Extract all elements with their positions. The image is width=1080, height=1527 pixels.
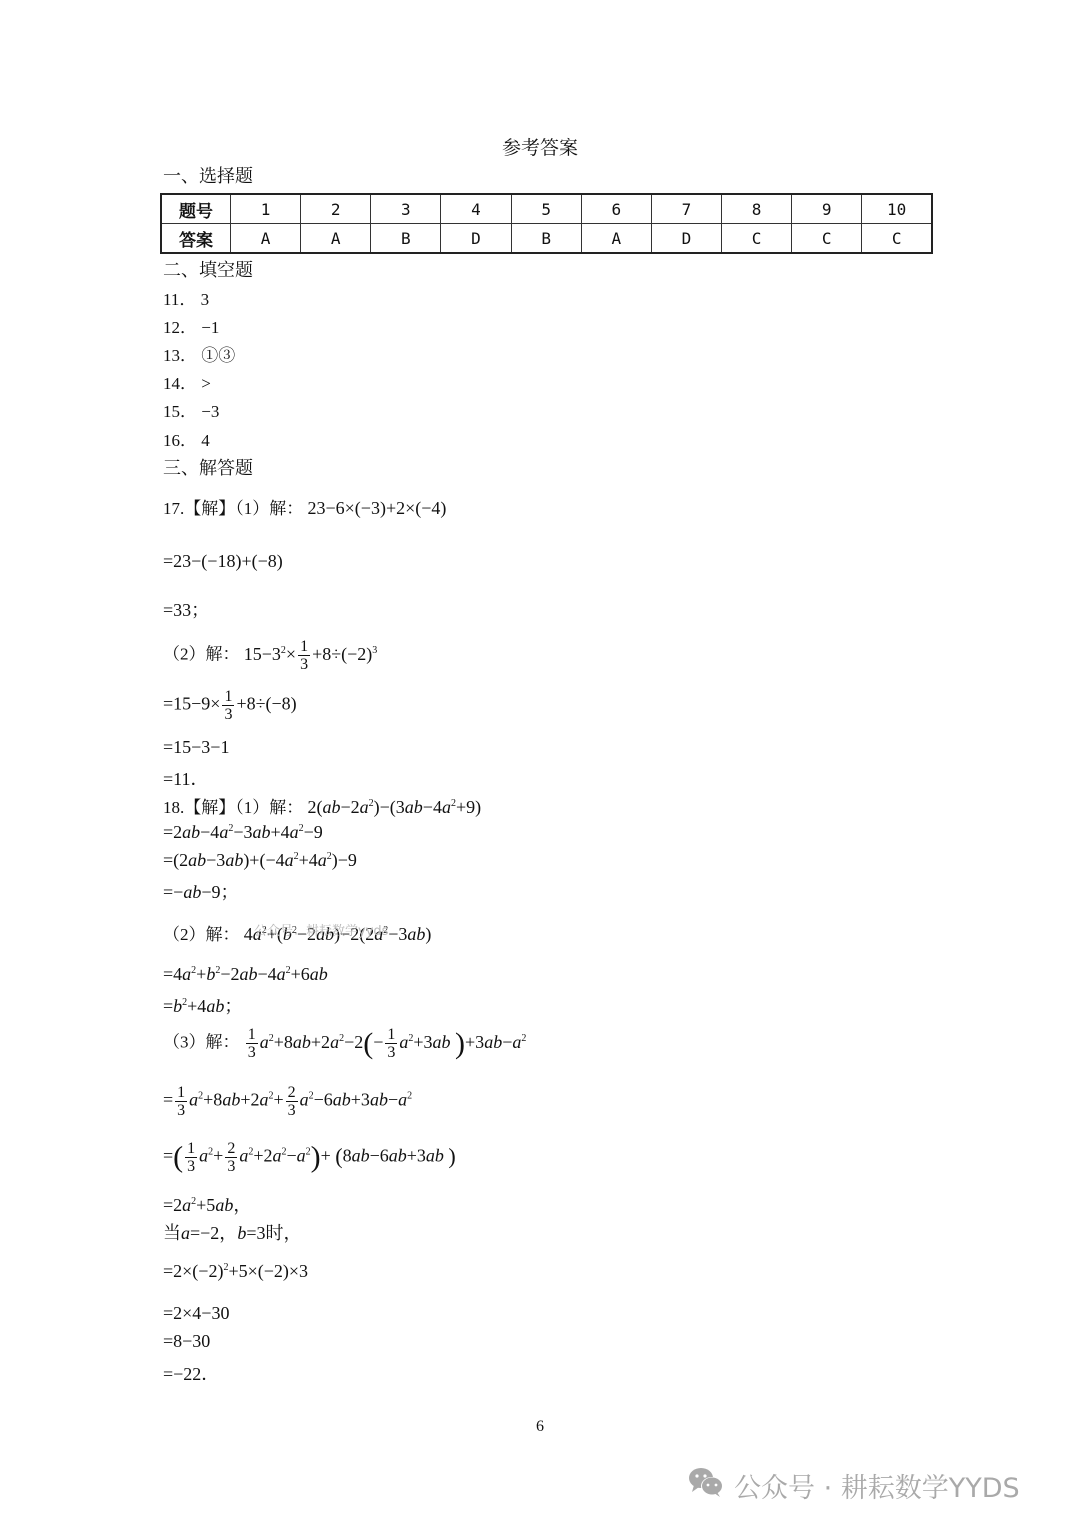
item-answer: 4 xyxy=(201,431,210,450)
item-number: 15． xyxy=(163,402,197,421)
table-cell: 4 xyxy=(441,194,511,224)
table-row-numbers: 题号 1 2 3 4 5 6 7 8 9 10 xyxy=(161,194,932,224)
fill-answer-12: 12． −1 xyxy=(163,313,219,338)
item-number: 13． xyxy=(163,346,197,365)
item-answer: 3 xyxy=(201,290,210,309)
q17-p2-step2: =15−3−1 xyxy=(163,737,229,758)
fill-answer-16: 16． 4 xyxy=(163,426,210,451)
table-cell: 3 xyxy=(371,194,441,224)
q18-part3: （3）解： 13a2+8ab+2a2−2(−13a2+3ab )+3ab−a2 xyxy=(163,1026,526,1061)
q17-p2-label: （2）解： xyxy=(163,645,240,664)
section-fill-heading: 二、填空题 xyxy=(163,256,253,282)
q18-p2-result: =b2+4ab； xyxy=(163,992,242,1018)
table-cell: A xyxy=(301,224,371,254)
q18-part1: 18.【解】（1）解： 2(ab−2a2)−(3ab−4a2+9) xyxy=(163,793,481,818)
fill-answer-11: 11． 3 xyxy=(163,285,209,310)
item-number: 11． xyxy=(163,290,196,309)
table-cell: B xyxy=(511,224,581,254)
q18-p1-step1: =2ab−4a2−3ab+4a2−9 xyxy=(163,822,323,843)
section-choice-heading: 一、选择题 xyxy=(163,162,253,188)
item-number: 14． xyxy=(163,374,197,393)
item-answer: −3 xyxy=(201,402,219,421)
q18-p3-expression: 13a2+8ab+2a2−2(−13a2+3ab )+3ab−a2 xyxy=(244,1032,527,1052)
table-cell: 10 xyxy=(862,194,932,224)
q17-part1: 17.【解】（1）解： 23−6×(−3)+2×(−4) xyxy=(163,494,446,519)
q18-p1-step2: =(2ab−3ab)+(−4a2+4a2)−9 xyxy=(163,850,357,871)
footer-watermark: 公众号 · 耕耘数学YYDS xyxy=(686,1466,1020,1505)
table-cell: 6 xyxy=(581,194,651,224)
q18-p1-expression: 2(ab−2a2)−(3ab−4a2+9) xyxy=(308,797,482,817)
table-cell: 1 xyxy=(231,194,301,224)
q18-p3-step5: =2×4−30 xyxy=(163,1303,229,1324)
table-cell: D xyxy=(441,224,511,254)
q18-p1-result: =−ab−9； xyxy=(163,878,238,904)
q17-p1-step1: =23−(−18)+(−8) xyxy=(163,551,283,572)
q18-p3-when: 当a=−2，b=3时， xyxy=(163,1219,301,1245)
page-number: 6 xyxy=(0,1418,1080,1436)
q18-p3-step3: =2a2+5ab， xyxy=(163,1191,251,1217)
fill-answer-14: 14． > xyxy=(163,369,211,394)
item-answer: ①③ xyxy=(201,346,235,365)
table-cell: 5 xyxy=(511,194,581,224)
section-solve-heading: 三、解答题 xyxy=(163,454,253,480)
q17-p1-result: =33； xyxy=(163,596,209,622)
q18-p2-step1: =4a2+b2−2ab−4a2+6ab xyxy=(163,964,328,985)
q18-p3-step1: =13a2+8ab+2a2+23a2−6ab+3ab−a2 xyxy=(163,1084,412,1119)
q18-p3-step6: =8−30 xyxy=(163,1331,210,1352)
q18-p3-step2: =(13a2+23a2+2a2−a2)+ (8ab−6ab+3ab ) xyxy=(163,1140,456,1175)
q17-p2-step1: =15−9×13+8÷(−8) xyxy=(163,688,297,723)
table-cell: C xyxy=(721,224,791,254)
q18-p3-label: （3）解： xyxy=(163,1033,240,1052)
table-cell: C xyxy=(792,224,862,254)
q17-p2-expression: 15−32×13+8÷(−2)3 xyxy=(244,644,377,664)
table-cell: C xyxy=(862,224,932,254)
item-answer: > xyxy=(201,374,211,393)
footer-text: 公众号 · 耕耘数学YYDS xyxy=(734,1466,1020,1505)
table-cell: A xyxy=(581,224,651,254)
item-number: 16． xyxy=(163,431,197,450)
q18-p3-step4: =2×(−2)2+5×(−2)×3 xyxy=(163,1261,308,1282)
q17-part2: （2）解： 15−32×13+8÷(−2)3 xyxy=(163,638,377,673)
table-cell: 8 xyxy=(721,194,791,224)
table-cell: A xyxy=(231,224,301,254)
page-title: 参考答案 xyxy=(0,133,1080,160)
table-cell: 7 xyxy=(651,194,721,224)
fill-answer-15: 15． −3 xyxy=(163,397,219,422)
q18-label: 18.【解】（1）解： xyxy=(163,798,303,817)
item-answer: −1 xyxy=(201,318,219,337)
table-cell: D xyxy=(651,224,721,254)
table-cell: 9 xyxy=(792,194,862,224)
row-header-number: 题号 xyxy=(161,194,231,224)
inline-watermark: 公众号：耕耘数学yyds xyxy=(254,920,388,939)
choice-answer-table: 题号 1 2 3 4 5 6 7 8 9 10 答案 A A B D B A D… xyxy=(160,193,933,254)
fill-answer-13: 13． ①③ xyxy=(163,341,235,366)
table-cell: B xyxy=(371,224,441,254)
q17-p1-expression: 23−6×(−3)+2×(−4) xyxy=(308,498,447,518)
table-cell: 2 xyxy=(301,194,371,224)
q18-p2-label: （2）解： xyxy=(163,925,240,944)
table-row-answers: 答案 A A B D B A D C C C xyxy=(161,224,932,254)
q17-label: 17.【解】（1）解： xyxy=(163,499,303,518)
wechat-icon xyxy=(686,1466,726,1505)
q18-p3-result: =−22． xyxy=(163,1360,219,1386)
item-number: 12． xyxy=(163,318,197,337)
row-header-answer: 答案 xyxy=(161,224,231,254)
q17-p2-result: =11． xyxy=(163,765,208,791)
